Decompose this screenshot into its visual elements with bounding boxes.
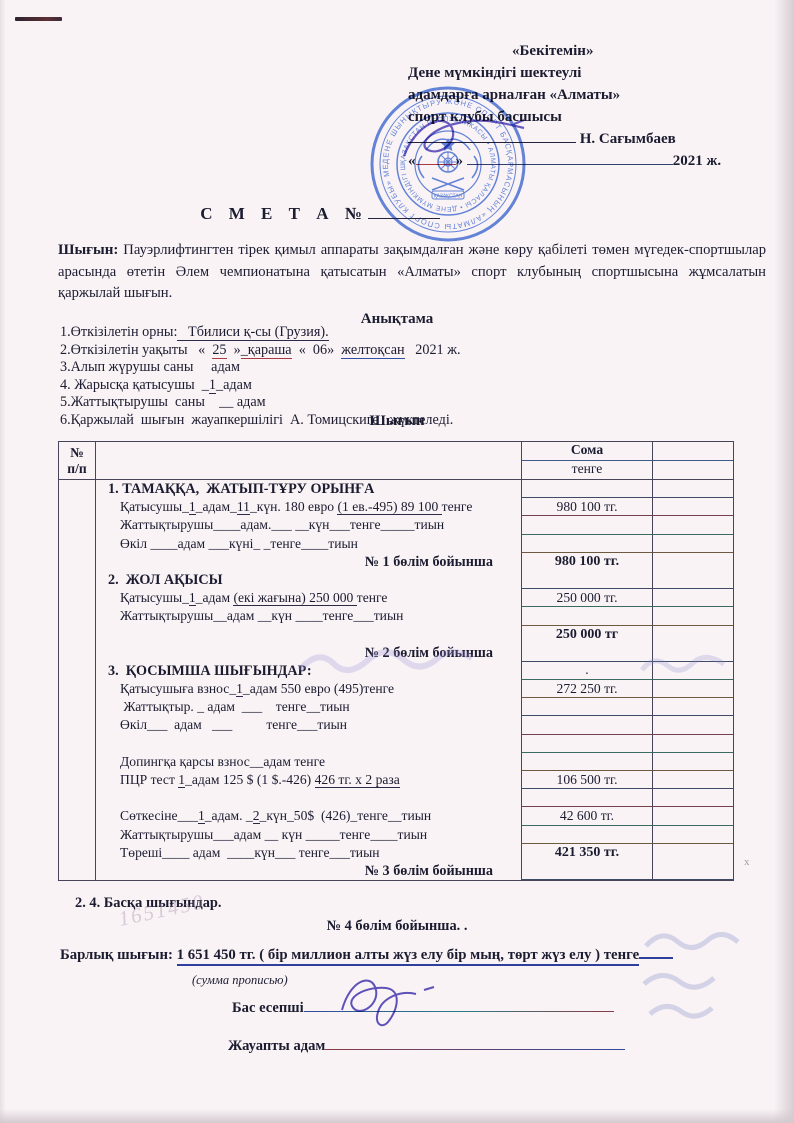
total-underline-extension <box>639 946 673 959</box>
text-segment: Қатысушыға взнос_ <box>120 681 236 696</box>
underlined-text: 426 тг. х 2 раза <box>315 772 400 788</box>
ink-ghost-right-large <box>636 922 746 1026</box>
extra-col-header-top <box>653 442 733 461</box>
amount-header-tenge: тенге <box>521 461 653 479</box>
text-segment: 2.Өткізілетін уақыты « <box>60 342 212 358</box>
text-segment: Өкіл ____адам ___күні_ _тенге____тиын <box>120 536 358 551</box>
text-segment: 4. Жарысқа қатысушы _ <box>60 377 209 393</box>
info-list-item: 5.Жаттықтырушы саны __ адам <box>60 394 760 412</box>
table-extra-cell <box>653 607 733 625</box>
underlined-text: Тбилиси қ-сы (Грузия). <box>177 324 328 341</box>
table-amount-cell <box>521 716 653 734</box>
text-segment: Қатысушы_ <box>120 499 189 514</box>
table-amount-cell: . <box>521 662 653 680</box>
table-extra-cell <box>653 589 733 607</box>
col-num-header: № п/п <box>59 442 96 479</box>
table-extra-cell <box>653 735 733 753</box>
table-extra-cell <box>653 771 733 789</box>
num-header-line2: п/п <box>67 461 86 477</box>
table-amount-cell: 106 500 тг. <box>521 771 653 789</box>
intro-text: Пауэрлифтингтен тірек қимыл аппараты зақ… <box>58 242 766 301</box>
info-list-item: 4. Жарысқа қатысушы _1_адам <box>60 377 760 395</box>
underlined-text: 1 <box>236 681 243 697</box>
text-segment: _адам. _ <box>205 808 253 823</box>
stamp-center-text: ҚАЗАҚСТАН <box>434 194 463 200</box>
table-amount-cell: 250 000 тг. <box>521 589 653 607</box>
text-segment: № 2 бөлім бойынша <box>365 645 493 661</box>
table-desc-cell <box>96 735 521 753</box>
text-segment: Жаттықтырушы____адам.___ __күн___тенге__… <box>120 517 444 532</box>
text-segment: 3. ҚОСЫМША ШЫҒЫНДАР: <box>108 663 312 679</box>
text-segment: ПЦР тест <box>120 772 178 787</box>
table-desc-cell: Қатысушыға взнос_1_адам 550 евро (495)те… <box>96 680 521 698</box>
table-extra-cell <box>653 716 733 734</box>
table-amount-cell: 421 350 тг. <box>521 844 653 880</box>
text-segment: № 1 бөлім бойынша <box>365 554 493 570</box>
title-number-blank <box>368 206 440 219</box>
document-title-text: С М Е Т А № <box>200 204 368 223</box>
table-amount-cell: 980 100 тг. <box>521 498 653 516</box>
accountant-signature-ink <box>328 966 458 1038</box>
text-segment: тенге <box>357 590 388 605</box>
table-desc-cell: Өкіл ____адам ___күні_ _тенге____тиын <box>96 535 521 553</box>
text-segment: № 3 бөлім бойынша <box>365 863 493 879</box>
table-desc-cell: 1. ТАМАҚҚА, ЖАТЫП-ТҰРУ ОРЫНҒА <box>96 480 521 498</box>
expense-table: № п/п Сома тенге 1. ТАМАҚҚА, ЖАТЫП-ТҰРУ … <box>58 441 734 881</box>
text-segment: _адам_ <box>196 499 237 514</box>
table-extra-cell <box>653 844 733 880</box>
table-extra-cell <box>653 662 733 680</box>
table-amount-cell: 980 100 тг. <box>521 553 653 589</box>
table-desc-cell: Допингқа қарсы взнос__адам тенге <box>96 753 521 771</box>
intro-paragraph: Шығын: Пауэрлифтингтен тірек қимыл аппар… <box>58 240 766 305</box>
table-desc-cell: Төреші____ адам ____күн___ тенге___тиын <box>96 844 521 862</box>
table-caption: Шығын <box>0 413 794 430</box>
table-desc-cell: Қатысушы_1_адам (екі жағына) 250 000 тен… <box>96 589 521 607</box>
amount-header-soma: Сома <box>521 442 653 461</box>
page-edge-shadow-bottom <box>0 1109 794 1123</box>
text-segment: _адам <box>196 590 234 605</box>
text-segment: Жаттықтырушы__адам __күн ____тенге___тиы… <box>120 608 403 623</box>
text-segment: _адам <box>216 377 252 393</box>
text-segment: _адам 125 $ (1 $.-426) <box>185 772 315 787</box>
underlined-text: желтоқсан <box>341 342 404 359</box>
table-desc-cell: № 3 бөлім бойынша <box>96 862 521 880</box>
text-segment: 3.Алып жүрушы саны адам <box>60 359 240 375</box>
table-desc-cell: ПЦР тест 1_адам 125 $ (1 $.-426) 426 тг.… <box>96 771 521 789</box>
table-header: № п/п Сома тенге <box>59 442 733 480</box>
table-extra-cell <box>653 789 733 807</box>
table-extra-cell <box>653 553 733 589</box>
grand-total-value: 1 651 450 тг. ( бір миллион алты жүз елу… <box>177 947 640 966</box>
table-body: 1. ТАМАҚҚА, ЖАТЫП-ТҰРУ ОРЫНҒАҚатысушы_1_… <box>59 480 733 880</box>
underlined-text: (1 ев.-495) 89 100 <box>337 499 441 515</box>
corner-mark: х <box>744 856 750 868</box>
table-extra-cell <box>653 753 733 771</box>
table-extra-cell <box>653 516 733 534</box>
table-desc-cell: Жаттықтырушы___адам __ күн _____тенге___… <box>96 826 521 844</box>
table-desc-cell: № 1 бөлім бойынша <box>96 553 521 571</box>
text-segment: 5.Жаттықтырушы саны __ адам <box>60 394 266 410</box>
other-expenses-line: 2. 4. Басқа шығындар. <box>75 895 222 912</box>
table-amount-cell: 42 600 тг. <box>521 807 653 825</box>
text-segment: » <box>227 342 241 358</box>
table-extra-cell <box>653 807 733 825</box>
table-amount-cell: 272 250 тг. <box>521 680 653 698</box>
table-extra-cell <box>653 698 733 716</box>
text-segment: 2021 ж. <box>405 342 461 358</box>
sum-in-words-note: (сумма прописью) <box>192 973 288 988</box>
text-segment: _күн. 180 евро <box>250 499 338 514</box>
table-amount-cell <box>521 480 653 498</box>
table-extra-cell <box>653 626 733 662</box>
table-amount-cell <box>521 516 653 534</box>
table-desc-cell: Жаттықтыр. _ адам ___ тенге__тиын <box>96 698 521 716</box>
grand-total-line: Барлық шығын: 1 651 450 тг. ( бір миллио… <box>60 946 760 964</box>
table-amount-cell <box>521 698 653 716</box>
table-extra-cell <box>653 480 733 498</box>
table-amount-cell: 250 000 тг <box>521 626 653 662</box>
responsible-blank-line <box>325 1037 625 1050</box>
num-column <box>59 480 96 880</box>
table-extra-cell <box>653 826 733 844</box>
table-desc-cell: 3. ҚОСЫМША ШЫҒЫНДАР: <box>96 662 521 680</box>
underlined-text: 1 <box>189 590 196 606</box>
table-desc-cell: Жаттықтырушы____адам.___ __күн___тенге__… <box>96 516 521 534</box>
text-segment: « 06» <box>292 342 342 358</box>
underlined-text: 11 <box>237 499 250 515</box>
table-desc-cell <box>96 626 521 644</box>
table-extra-cell <box>653 680 733 698</box>
table-desc-cell: Қатысушы_1_адам_11_күн. 180 евро (1 ев.-… <box>96 498 521 516</box>
table-amount-cell <box>521 735 653 753</box>
table-desc-cell: Жаттықтырушы__адам __күн ____тенге___тиы… <box>96 607 521 625</box>
num-header-line1: № <box>70 445 84 461</box>
section4-total-line: № 4 бөлім бойынша. . <box>0 918 794 935</box>
underlined-text: _қараша <box>241 342 292 359</box>
extra-col-header-bottom <box>653 461 733 479</box>
approver-name: Н. Сағымбаев <box>576 131 676 147</box>
table-amount-cell <box>521 826 653 844</box>
accountant-label: Бас есепші <box>232 1000 304 1016</box>
table-amount-cell <box>521 535 653 553</box>
underlined-text: 1 <box>189 499 196 515</box>
table-amount-cell <box>521 753 653 771</box>
table-desc-cell: Өкіл___ адам ___ тенге___тиын <box>96 716 521 734</box>
text-segment: _адам 550 евро (495)тенге <box>243 681 394 696</box>
underlined-text: 1 <box>198 808 205 824</box>
table-amount-cell <box>521 789 653 807</box>
table-extra-cell <box>653 535 733 553</box>
text-segment: 1.Өткізілетін орны: <box>60 324 177 340</box>
document-title: С М Е Т А № <box>0 204 640 224</box>
text-segment: тенге <box>442 499 473 514</box>
text-segment: Жаттықтырушы___адам __ күн _____тенге___… <box>120 827 427 842</box>
info-list-item: 3.Алып жүрушы саны адам <box>60 359 760 377</box>
grand-total-label: Барлық шығын: <box>60 947 177 963</box>
responsible-signature-line: Жауапты адам <box>228 1037 625 1055</box>
info-list-item: 1.Өткізілетін орны: Тбилиси қ-сы (Грузия… <box>60 324 760 342</box>
text-segment: 2. ЖОЛ АҚЫСЫ <box>108 572 223 588</box>
table-desc-cell: 2. ЖОЛ АҚЫСЫ <box>96 571 521 589</box>
text-segment: Қатысушы_ <box>120 590 189 605</box>
underlined-text: 1 <box>209 377 216 394</box>
underlined-text: 25 <box>212 342 226 359</box>
text-segment: Төреші____ адам ____күн___ тенге___тиын <box>120 845 380 860</box>
approval-signature-ink <box>396 104 546 172</box>
scan-artifact-line <box>15 17 62 21</box>
table-amount-cell <box>521 607 653 625</box>
text-segment: Өкіл___ адам ___ тенге___тиын <box>120 717 347 732</box>
year-label: 2021 ж. <box>673 153 721 169</box>
text-segment: 1. ТАМАҚҚА, ЖАТЫП-ТҰРУ ОРЫНҒА <box>108 481 374 497</box>
text-segment: Допингқа қарсы взнос__адам тенге <box>120 754 325 769</box>
scanned-document-page: «Бекітемін» Дене мүмкіндігі шектеулі ада… <box>0 0 794 1123</box>
info-list-item: 2.Өткізілетін уақыты « 25 »_қараша « 06»… <box>60 342 760 360</box>
text-segment: Жаттықтыр. _ адам ___ тенге__тиын <box>120 699 350 714</box>
table-extra-cell <box>653 498 733 516</box>
underlined-text: (екі жағына) 250 000 <box>233 590 356 606</box>
responsible-label: Жауапты адам <box>228 1038 325 1054</box>
text-segment: _күн_50$ (426)_тенге__тиын <box>260 808 432 823</box>
table-desc-cell <box>96 789 521 807</box>
text-segment: Сөткесіне___ <box>120 808 198 823</box>
page-edge-shadow-left <box>0 0 6 1123</box>
approval-quote: «Бекітемін» <box>408 40 786 62</box>
table-desc-cell: Сөткесіне___1_адам. _2_күн_50$ (426)_тен… <box>96 807 521 825</box>
underlined-text: 2 <box>253 808 260 824</box>
desc-header-empty <box>96 442 521 479</box>
table-desc-cell: № 2 бөлім бойынша <box>96 644 521 662</box>
intro-label: Шығын: <box>58 242 118 258</box>
